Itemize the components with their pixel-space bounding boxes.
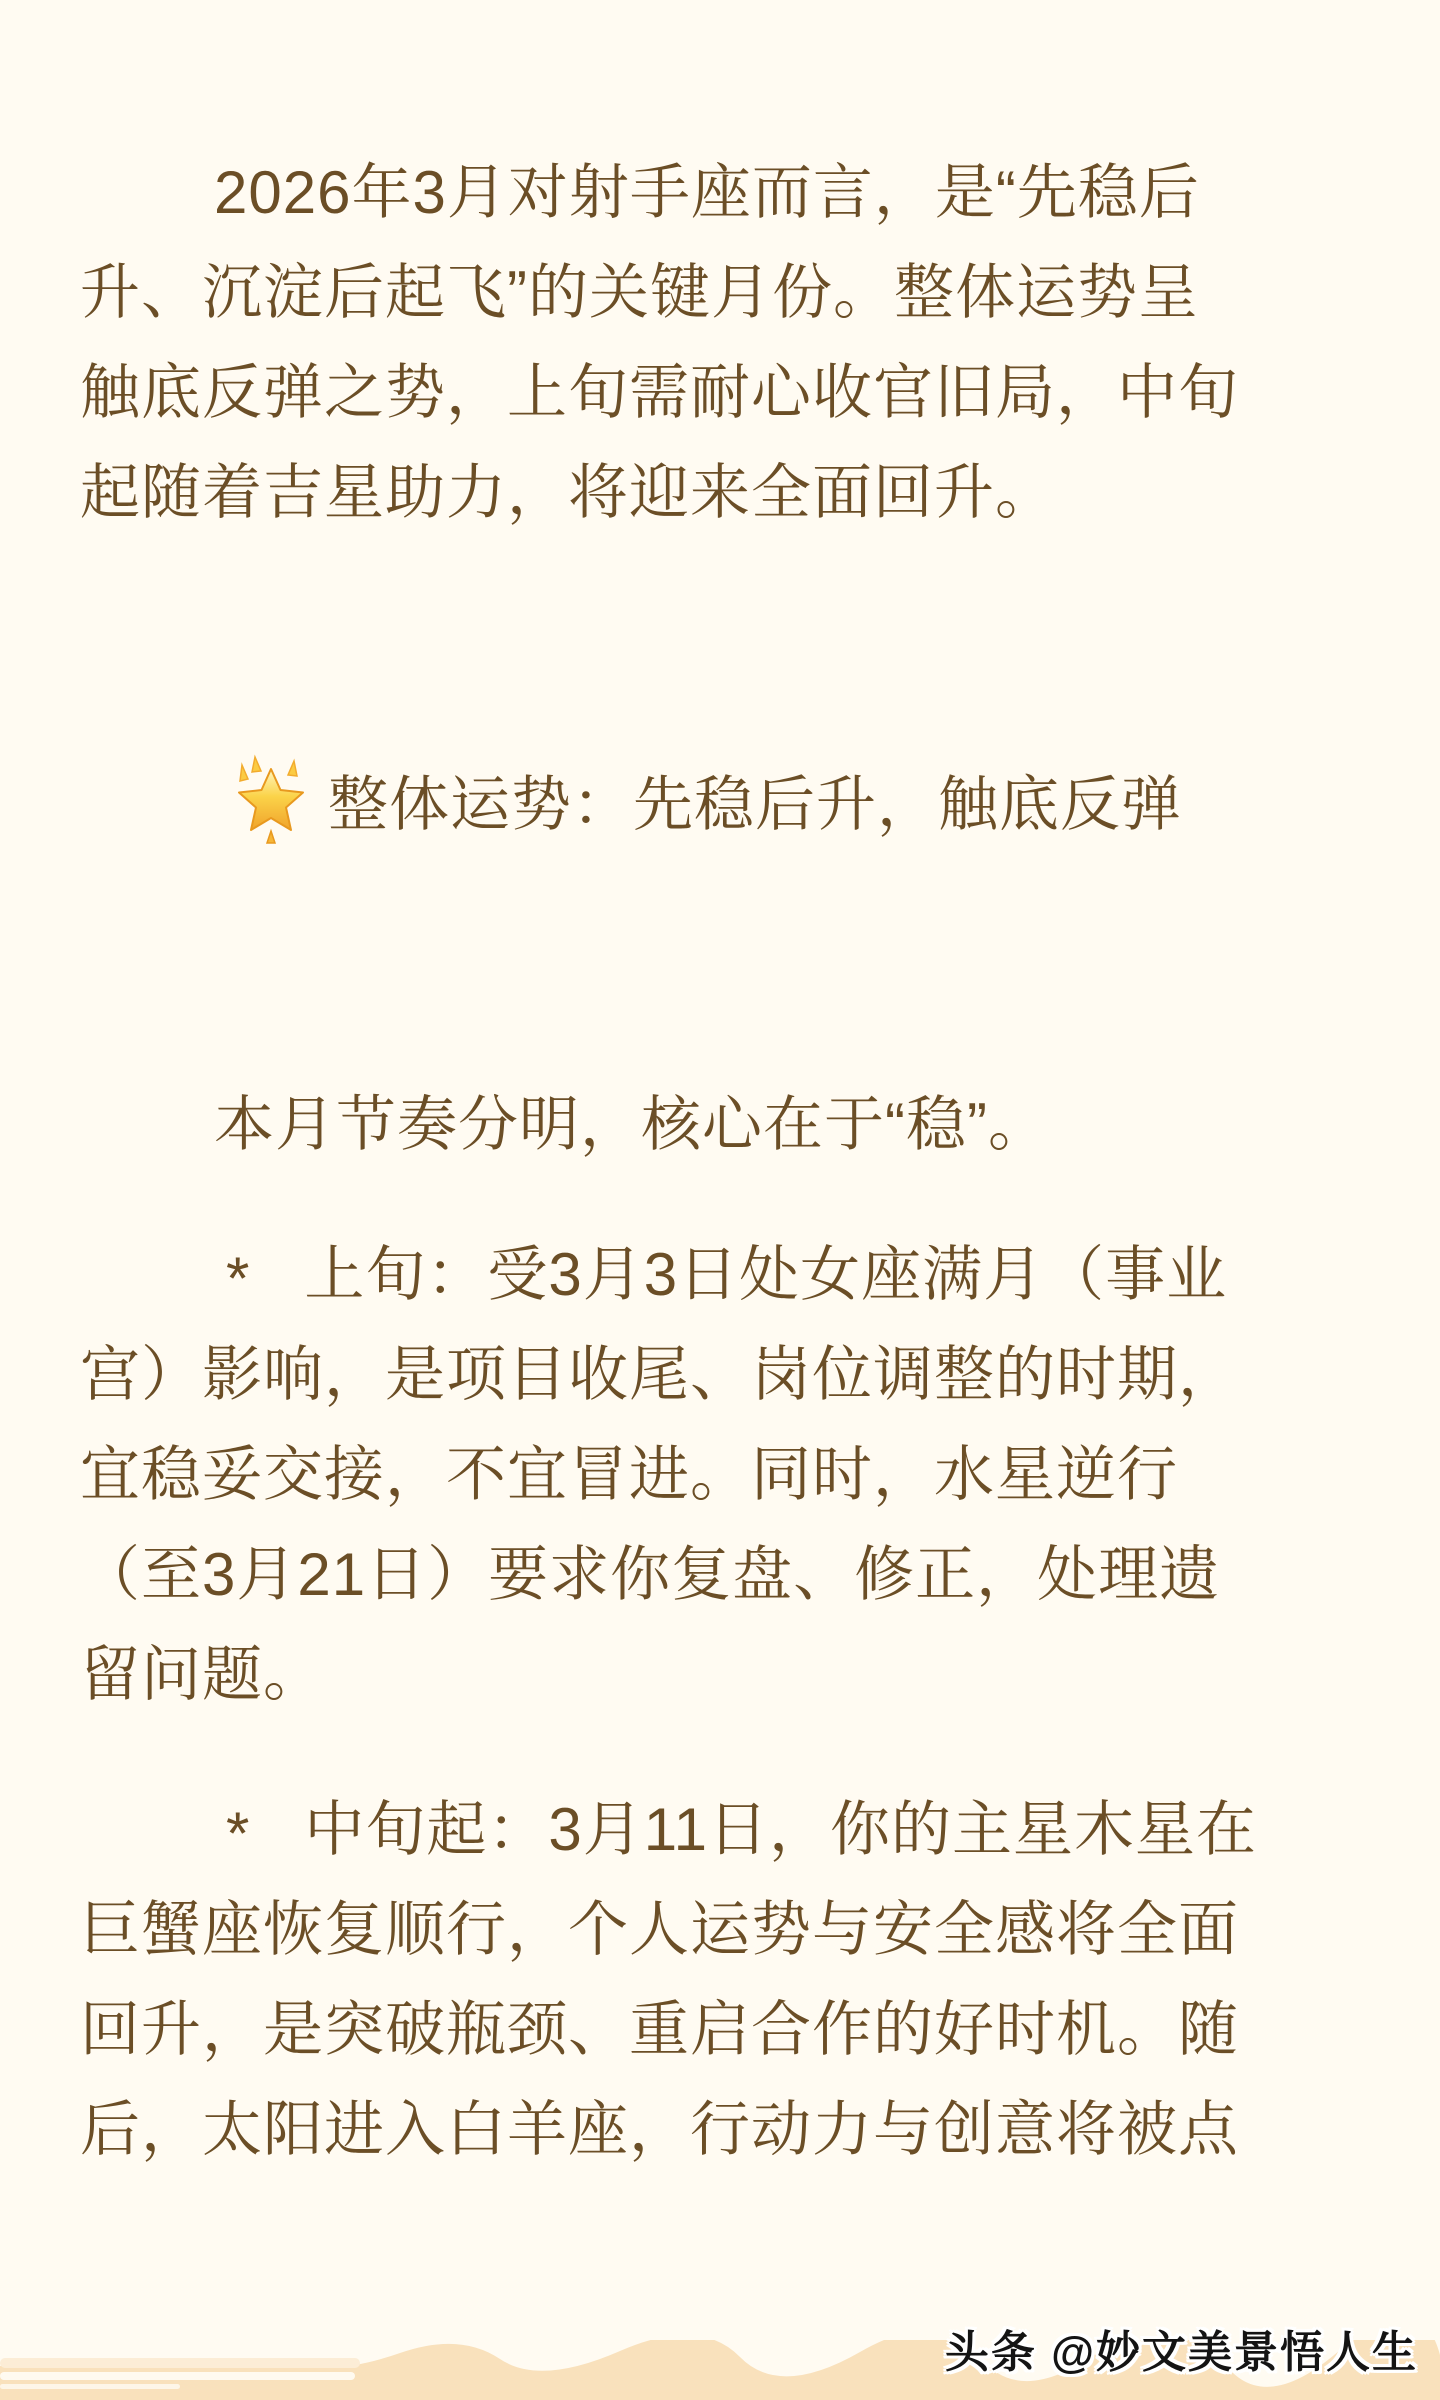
- paragraph-line: *上旬：受3月3日处女座满月（事业: [80, 1225, 1362, 1325]
- paragraph-line: 触底反弹之势，上旬需耐心收官旧局，中旬: [80, 343, 1362, 443]
- glowing-star-icon: [228, 753, 314, 845]
- paragraph-line: 回升，是突破瓶颈、重启合作的好时机。随: [80, 1980, 1362, 2080]
- paragraph-line: （至3月21日）要求你复盘、修正，处理遗: [80, 1525, 1362, 1625]
- paragraph-line: 2026年3月对射手座而言，是“先稳后: [80, 143, 1362, 243]
- paragraph-line: 宜稳妥交接，不宜冒进。同时，水星逆行: [80, 1425, 1362, 1525]
- paragraph-line: 升、沉淀后起飞”的关键月份。整体运势呈: [80, 243, 1362, 343]
- keynote-paragraph: 本月节奏分明，核心在于“稳”。: [80, 1075, 1362, 1175]
- bullet-text: 上旬：受3月3日处女座满月（事业: [304, 1241, 1227, 1308]
- bullet-text: 中旬起：3月11日，你的主星木星在: [304, 1796, 1257, 1863]
- horoscope-article-page: 2026年3月对射手座而言，是“先稳后 升、沉淀后起飞”的关键月份。整体运势呈 …: [0, 0, 1440, 2400]
- section-header: 整体运势：先稳后升，触底反弹: [80, 753, 1440, 855]
- bullet-mid-month: *中旬起：3月11日，你的主星木星在 巨蟹座恢复顺行，个人运势与安全感将全面 回…: [80, 1780, 1362, 2180]
- bullet-marker: *: [226, 1229, 250, 1329]
- paragraph-line: 宫）影响，是项目收尾、岗位调整的时期，: [80, 1325, 1362, 1425]
- paragraph-line: 起随着吉星助力，将迎来全面回升。: [80, 443, 1362, 543]
- paragraph-line: *中旬起：3月11日，你的主星木星在: [80, 1780, 1362, 1880]
- paragraph-line: 留问题。: [80, 1625, 1362, 1725]
- section-header-text: 整体运势：先稳后升，触底反弹: [328, 771, 1182, 838]
- intro-paragraph: 2026年3月对射手座而言，是“先稳后 升、沉淀后起飞”的关键月份。整体运势呈 …: [80, 143, 1362, 543]
- bullet-marker: *: [226, 1784, 250, 1884]
- paragraph-line: 本月节奏分明，核心在于“稳”。: [80, 1075, 1362, 1175]
- watermark: 头条 @妙文美景悟人生: [945, 2316, 1418, 2380]
- paragraph-line: 巨蟹座恢复顺行，个人运势与安全感将全面: [80, 1880, 1362, 1980]
- paragraph-line: 后，太阳进入白羊座，行动力与创意将被点: [80, 2080, 1362, 2180]
- bullet-upper-ten-days: *上旬：受3月3日处女座满月（事业 宫）影响，是项目收尾、岗位调整的时期， 宜稳…: [80, 1225, 1362, 1725]
